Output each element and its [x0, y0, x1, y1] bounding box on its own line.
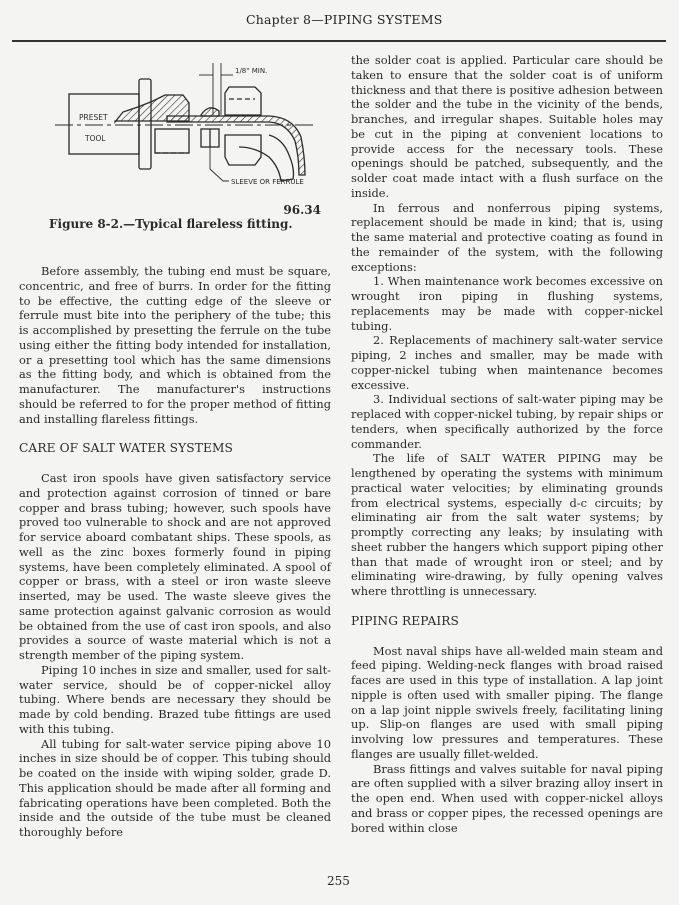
paragraph-life-of-piping: The life of SALT WATER PIPING may be len…: [351, 451, 663, 599]
exception-item-1: 1. When maintenance work becomes excessi…: [351, 274, 663, 333]
paragraph-cast-iron-spools: Cast iron spools have given satisfactory…: [19, 471, 331, 663]
paragraph-replacement-in-kind: In ferrous and nonferrous piping systems…: [351, 201, 663, 275]
section-heading-piping-repairs: PIPING REPAIRS: [351, 614, 663, 629]
chapter-title: Chapter 8—PIPING SYSTEMS: [246, 12, 443, 27]
flareless-fitting-diagram: 1/8" MIN. PRESET TOOL SLEEVE OR FERRULE: [43, 57, 313, 207]
paragraph-piping-10-inches: Piping 10 inches in size and smaller, us…: [19, 663, 331, 737]
paragraph-before-assembly: Before assembly, the tubing end must be …: [19, 264, 331, 426]
paragraph-welded-piping: Most naval ships have all-welded main st…: [351, 644, 663, 762]
page-number: 255: [327, 874, 350, 888]
figure-number: 96.34: [283, 203, 321, 218]
paragraph-solder-coat: the solder coat is applied. Particular c…: [351, 53, 663, 201]
header-rule: [12, 40, 666, 42]
paragraph-brass-fittings: Brass fittings and valves suitable for n…: [351, 762, 663, 836]
figure-caption: Figure 8-2.—Typical flareless fitting.: [49, 217, 293, 232]
exception-item-2: 2. Replacements of machinery salt-water …: [351, 333, 663, 392]
preset-label: PRESET: [79, 113, 108, 122]
left-column: 1/8" MIN. PRESET TOOL SLEEVE OR FERRULE …: [19, 51, 331, 840]
right-column: the solder coat is applied. Particular c…: [351, 53, 663, 835]
figure-flareless-fitting: 1/8" MIN. PRESET TOOL SLEEVE OR FERRULE …: [19, 51, 331, 241]
section-heading-salt-water: CARE OF SALT WATER SYSTEMS: [19, 441, 331, 456]
tool-label: TOOL: [84, 134, 106, 143]
sleeve-label: SLEEVE OR FERRULE: [231, 178, 304, 186]
exception-item-3: 3. Individual sections of salt-water pip…: [351, 392, 663, 451]
paragraph-tubing-above-10-inches: All tubing for salt-water service piping…: [19, 737, 331, 840]
dimension-label: 1/8" MIN.: [235, 67, 267, 75]
